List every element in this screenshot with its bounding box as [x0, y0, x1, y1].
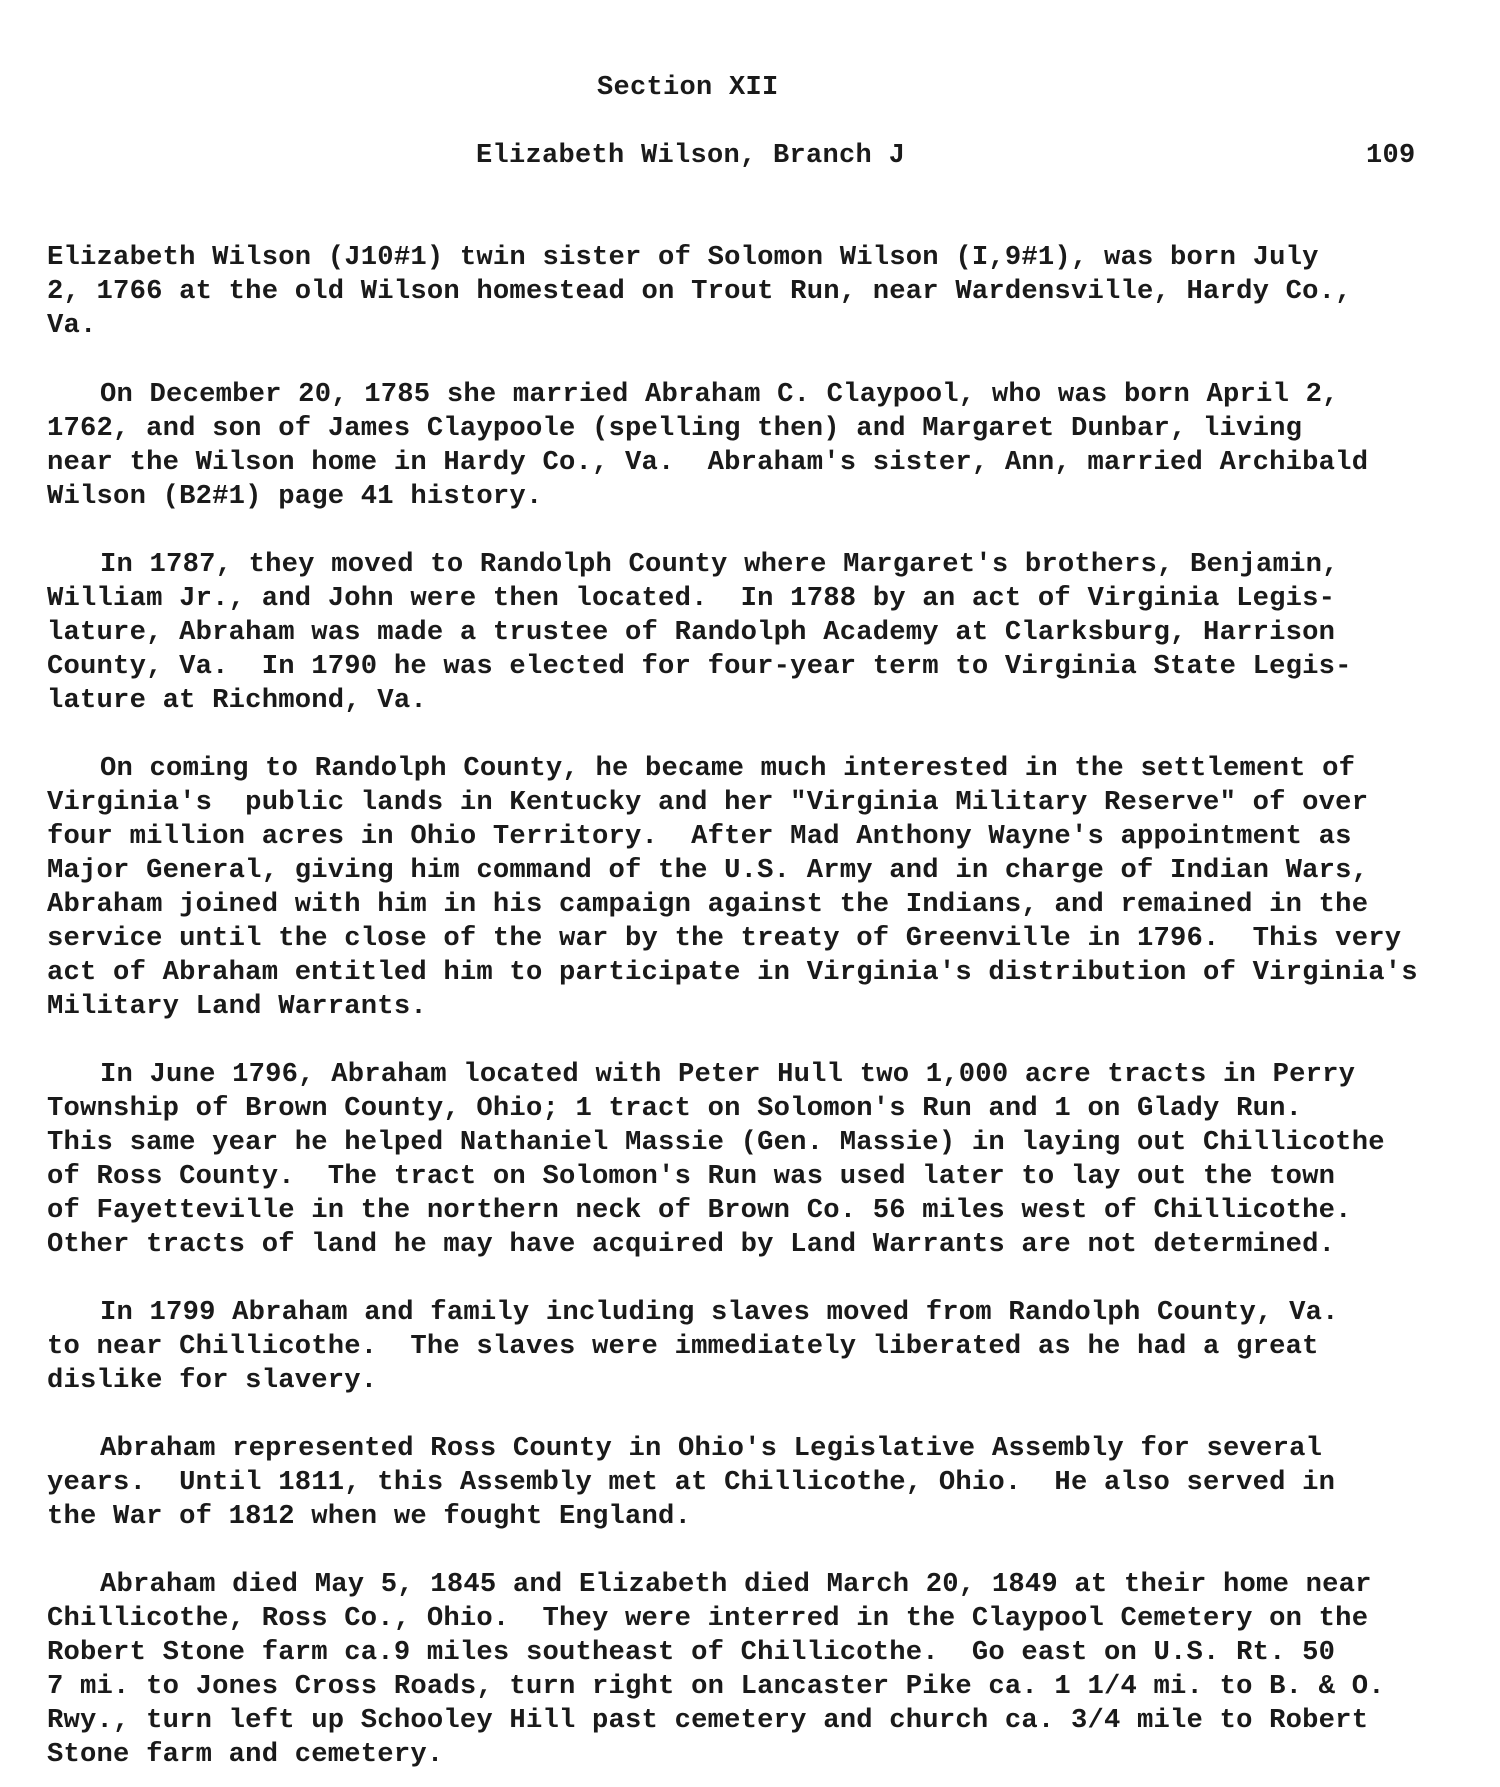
section-title: Section XII	[597, 73, 779, 103]
paragraph-birth: Elizabeth Wilson (J10#1) twin sister of …	[47, 241, 1477, 343]
text-line: In 1799 Abraham and family including sla…	[47, 1296, 1477, 1330]
paragraph-move-chillicothe: In 1799 Abraham and family including sla…	[47, 1296, 1477, 1398]
text-line: to near Chillicothe. The slaves were imm…	[47, 1330, 1477, 1364]
text-line: lature, Abraham was made a trustee of Ra…	[47, 616, 1477, 650]
text-line: near the Wilson home in Hardy Co., Va. A…	[47, 446, 1477, 480]
text-line: Va.	[47, 309, 1477, 343]
text-line: Wilson (B2#1) page 41 history.	[47, 480, 1477, 514]
text-line: In 1787, they moved to Randolph County w…	[47, 548, 1477, 582]
text-line: Abraham represented Ross County in Ohio'…	[47, 1432, 1477, 1466]
text-line: William Jr., and John were then located.…	[47, 582, 1477, 616]
branch-title: Elizabeth Wilson, Branch J	[476, 141, 905, 171]
text-line: act of Abraham entitled him to participa…	[47, 956, 1477, 990]
text-line: Rwy., turn left up Schooley Hill past ce…	[47, 1704, 1477, 1738]
text-line: Elizabeth Wilson (J10#1) twin sister of …	[47, 241, 1477, 275]
text-line: service until the close of the war by th…	[47, 922, 1477, 956]
paragraph-death-burial: Abraham died May 5, 1845 and Elizabeth d…	[47, 1568, 1477, 1772]
paragraph-randolph-county: In 1787, they moved to Randolph County w…	[47, 548, 1477, 718]
text-line: Major General, giving him command of the…	[47, 854, 1477, 888]
text-line: Township of Brown County, Ohio; 1 tract …	[47, 1092, 1477, 1126]
text-line: the War of 1812 when we fought England.	[47, 1500, 1477, 1534]
text-line: Stone farm and cemetery.	[47, 1738, 1477, 1772]
paragraph-legislature: Abraham represented Ross County in Ohio'…	[47, 1432, 1477, 1534]
text-line: Abraham died May 5, 1845 and Elizabeth d…	[47, 1568, 1477, 1602]
text-line: Military Land Warrants.	[47, 990, 1477, 1024]
text-line: On December 20, 1785 she married Abraham…	[47, 378, 1477, 412]
text-line: Other tracts of land he may have acquire…	[47, 1228, 1477, 1262]
text-line: 7 mi. to Jones Cross Roads, turn right o…	[47, 1670, 1477, 1704]
text-line: County, Va. In 1790 he was elected for f…	[47, 650, 1477, 684]
document-page: Section XII Elizabeth Wilson, Branch J 1…	[0, 0, 1500, 1787]
text-line: years. Until 1811, this Assembly met at …	[47, 1466, 1477, 1500]
text-line: Chillicothe, Ross Co., Ohio. They were i…	[47, 1602, 1477, 1636]
text-line: Abraham joined with him in his campaign …	[47, 888, 1477, 922]
paragraph-military-service: On coming to Randolph County, he became …	[47, 752, 1477, 1024]
text-line: of Fayetteville in the northern neck of …	[47, 1194, 1477, 1228]
text-line: 1762, and son of James Claypoole (spelli…	[47, 412, 1477, 446]
text-line: Virginia's public lands in Kentucky and …	[47, 786, 1477, 820]
text-line: On coming to Randolph County, he became …	[47, 752, 1477, 786]
text-line: This same year he helped Nathaniel Massi…	[47, 1126, 1477, 1160]
text-line: 2, 1766 at the old Wilson homestead on T…	[47, 275, 1477, 309]
page-number: 109	[1366, 141, 1416, 171]
paragraph-marriage: On December 20, 1785 she married Abraham…	[47, 378, 1477, 514]
text-line: Robert Stone farm ca.9 miles southeast o…	[47, 1636, 1477, 1670]
text-line: In June 1796, Abraham located with Peter…	[47, 1058, 1477, 1092]
text-line: four million acres in Ohio Territory. Af…	[47, 820, 1477, 854]
paragraph-land-tracts: In June 1796, Abraham located with Peter…	[47, 1058, 1477, 1262]
text-line: of Ross County. The tract on Solomon's R…	[47, 1160, 1477, 1194]
text-line: lature at Richmond, Va.	[47, 684, 1477, 718]
text-line: dislike for slavery.	[47, 1364, 1477, 1398]
